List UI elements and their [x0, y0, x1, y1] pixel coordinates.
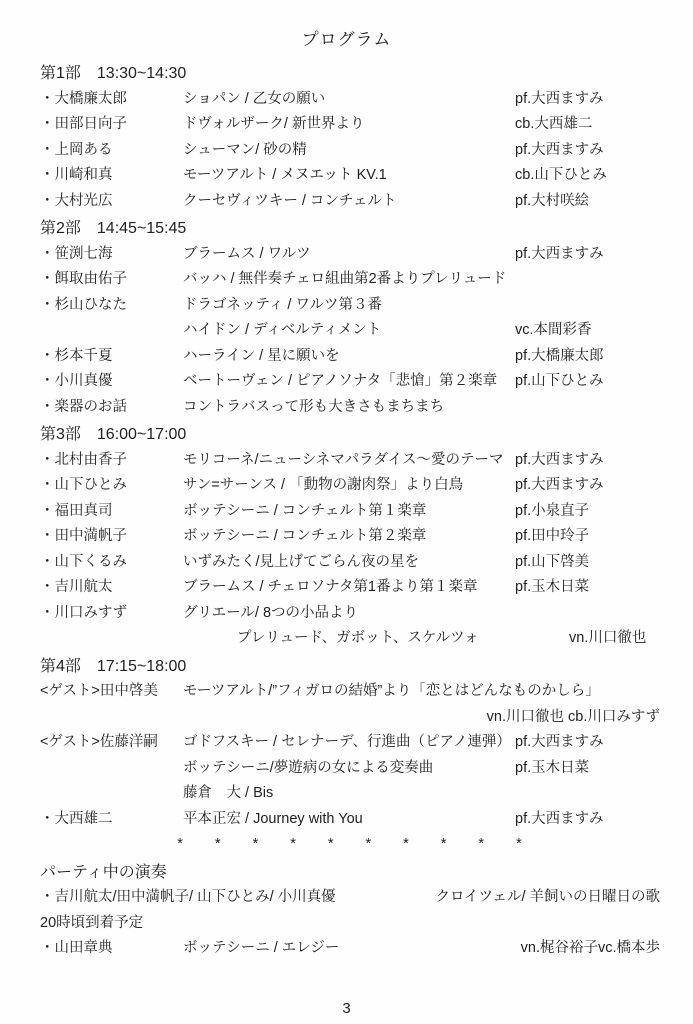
piece-title: ブラームス / チェロソナタ第1番より第１楽章 [183, 575, 515, 601]
piece-title: サン=サーンス / 「動物の謝肉祭」より白鳥 [183, 473, 515, 499]
program-row: ・餌取由佑子バッハ / 無伴奏チェロ組曲第2番よりプレリュード [40, 267, 660, 293]
program-row: ボッテシーニ/夢遊病の女による変奏曲pf.玉木日菜 [40, 756, 660, 782]
performer-name: ・小川真優 [40, 369, 183, 395]
program-row: ・山下くるみいずみたく/見上げてごらん夜の星をpf.山下啓美 [40, 550, 660, 576]
piece-title: ボッテシーニ/夢遊病の女による変奏曲 [183, 756, 515, 782]
performer-name: ・山田章典 [40, 936, 183, 962]
separator-asterisks: * * * * * * * * * * [40, 832, 660, 858]
performer-name: ・大橋廉太郎 [40, 87, 183, 113]
accompanist: pf.玉木日菜 [515, 756, 660, 782]
program-page: プログラム 第1部 13:30~14:30・大橋廉太郎ショパン / 乙女の願いp… [0, 0, 693, 1024]
performer-name: <ゲスト>佐藤洋嗣 [40, 730, 183, 756]
accompanist: pf.大西ますみ [515, 242, 660, 268]
piece-title: ベートーヴェン / ピアノソナタ「悲愴」第２楽章 [183, 369, 515, 395]
performer-name: <ゲスト>田中啓美 [40, 679, 183, 705]
program-row: ・田部日向子ドヴォルザーク/ 新世界よりcb.大西雄二 [40, 112, 660, 138]
program-row: ・大橋廉太郎ショパン / 乙女の願いpf.大西ますみ [40, 87, 660, 113]
piece-title: シューマン/ 砂の精 [183, 138, 515, 164]
accompanist: pf.田中玲子 [515, 524, 660, 550]
piece-title: ハーライン / 星に願いを [183, 344, 515, 370]
performer-name: 20時頃到着予定 [40, 911, 143, 937]
piece-title: ドヴォルザーク/ 新世界より [183, 112, 515, 138]
piece-title: ブラームス / ワルツ [183, 242, 515, 268]
accompanist: pf.大西ますみ [515, 473, 660, 499]
program-row: 20時頃到着予定 [40, 911, 660, 937]
accompanist: pf.大西ますみ [515, 730, 660, 756]
program-row: vn.川口徹也 cb.川口みすず [40, 705, 660, 731]
piece-title: モーツアルト / メヌエット KV.1 [183, 163, 515, 189]
accompanist: pf.大西ますみ [515, 138, 660, 164]
piece-title: プレリュード、ガボット、スケルツォ [183, 626, 569, 652]
program-row: ・福田真司ボッテシーニ / コンチェルト第１楽章pf.小泉直子 [40, 499, 660, 525]
performer-name: ・田部日向子 [40, 112, 183, 138]
performer-name: ・山下ひとみ [40, 473, 183, 499]
program-sections: 第1部 13:30~14:30・大橋廉太郎ショパン / 乙女の願いpf.大西ます… [0, 53, 693, 962]
program-row: ・川口みすずグリエール/ 8つの小品より [40, 601, 660, 627]
program-row: ・楽器のお話コントラバスって形も大きさもまちまち [40, 395, 660, 421]
piece-title: バッハ / 無伴奏チェロ組曲第2番よりプレリュード [183, 267, 515, 293]
accompanist: pf.大西ますみ [515, 807, 660, 833]
performer-name: ・杉山ひなた [40, 293, 183, 319]
program-row: ・吉川航太ブラームス / チェロソナタ第1番より第１楽章pf.玉木日菜 [40, 575, 660, 601]
piece-title: モーツアルト/”フィガロの結婚”より「恋とはどんなものかしら」 [183, 679, 600, 705]
piece-title: ショパン / 乙女の願い [183, 87, 515, 113]
program-row: <ゲスト>佐藤洋嗣ゴドフスキー / セレナーデ、行進曲（ピアノ連弾）pf.大西ま… [40, 730, 660, 756]
performer-name: ・川崎和真 [40, 163, 183, 189]
program-row: ・山田章典ボッテシーニ / エレジーvn.梶谷裕子vc.橋本歩 [40, 936, 660, 962]
accompanist: vn.梶谷裕子vc.橋本歩 [515, 936, 660, 962]
performer-name: ・山下くるみ [40, 550, 183, 576]
piece-title: ボッテシーニ / コンチェルト第１楽章 [183, 499, 515, 525]
piece-title: クロイツェル/ 羊飼いの日曜日の歌 [435, 885, 660, 911]
performer-name: ・田中満帆子 [40, 524, 183, 550]
piece-title: クーセヴィツキー / コンチェルト [183, 189, 515, 215]
performer-name: ・上岡ある [40, 138, 183, 164]
program-row: ・山下ひとみサン=サーンス / 「動物の謝肉祭」より白鳥pf.大西ますみ [40, 473, 660, 499]
piece-title: グリエール/ 8つの小品より [183, 601, 515, 627]
program-row: ハイドン / ディベルティメントvc.本間彩香 [40, 318, 660, 344]
accompanist: pf.小泉直子 [515, 499, 660, 525]
performer-name: ・大西雄二 [40, 807, 183, 833]
program-row: ・小川真優ベートーヴェン / ピアノソナタ「悲愴」第２楽章pf.山下ひとみ [40, 369, 660, 395]
accompanist: pf.大西ますみ [515, 448, 660, 474]
program-row: ・杉山ひなたドラゴネッティ / ワルツ第３番 [40, 293, 660, 319]
performer-name: ・大村光広 [40, 189, 183, 215]
accompanist: pf.玉木日菜 [515, 575, 660, 601]
page-title: プログラム [0, 0, 693, 53]
accompanist: pf.大橋廉太郎 [515, 344, 660, 370]
section-heading: パーティ中の演奏 [40, 860, 660, 886]
accompanist: cb.大西雄二 [515, 112, 660, 138]
piece-title: 藤倉 大 / Bis [183, 781, 515, 807]
accompanist: vn.川口徹也 [569, 626, 660, 652]
page-number: 3 [0, 1000, 693, 1018]
performer-name: ・笹渕七海 [40, 242, 183, 268]
piece-title: ハイドン / ディベルティメント [183, 318, 515, 344]
performer-name: ・餌取由佑子 [40, 267, 183, 293]
section-heading: 第2部 14:45~15:45 [40, 216, 660, 242]
program-row: ・川崎和真モーツアルト / メヌエット KV.1cb.山下ひとみ [40, 163, 660, 189]
accompanist: pf.大村咲絵 [515, 189, 660, 215]
program-row: プレリュード、ガボット、スケルツォvn.川口徹也 [40, 626, 660, 652]
accompanist: pf.山下ひとみ [515, 369, 660, 395]
program-row: <ゲスト>田中啓美モーツアルト/”フィガロの結婚”より「恋とはどんなものかしら」 [40, 679, 660, 705]
accompanist: pf.山下啓美 [515, 550, 660, 576]
program-row: ・吉川航太/田中満帆子/ 山下ひとみ/ 小川真優クロイツェル/ 羊飼いの日曜日の… [40, 885, 660, 911]
section-heading: 第3部 16:00~17:00 [40, 422, 660, 448]
accompanist: cb.山下ひとみ [515, 163, 660, 189]
piece-title: ボッテシーニ / コンチェルト第２楽章 [183, 524, 515, 550]
accompanist: vc.本間彩香 [515, 318, 660, 344]
piece-title: ドラゴネッティ / ワルツ第３番 [183, 293, 515, 319]
performer-name: ・川口みすず [40, 601, 183, 627]
program-row: ・大西雄二平本正宏 / Journey with Youpf.大西ますみ [40, 807, 660, 833]
performer-name: ・杉本千夏 [40, 344, 183, 370]
piece-title: ボッテシーニ / エレジー [183, 936, 515, 962]
piece-title: コントラバスって形も大きさもまちまち [183, 395, 515, 421]
performer-name: ・北村由香子 [40, 448, 183, 474]
piece-title: いずみたく/見上げてごらん夜の星を [183, 550, 515, 576]
accompanist: vn.川口徹也 cb.川口みすず [40, 705, 660, 731]
section-heading: 第1部 13:30~14:30 [40, 61, 660, 87]
piece-title: モリコーネ/ニューシネマパラダイス～愛のテーマ [183, 448, 515, 474]
program-row: ・笹渕七海ブラームス / ワルツpf.大西ますみ [40, 242, 660, 268]
accompanist: pf.大西ますみ [515, 87, 660, 113]
program-row: ・杉本千夏ハーライン / 星に願いをpf.大橋廉太郎 [40, 344, 660, 370]
section-heading: 第4部 17:15~18:00 [40, 654, 660, 680]
program-row: ・田中満帆子ボッテシーニ / コンチェルト第２楽章pf.田中玲子 [40, 524, 660, 550]
performer-name: ・吉川航太 [40, 575, 183, 601]
program-row: ・大村光広クーセヴィツキー / コンチェルトpf.大村咲絵 [40, 189, 660, 215]
program-row: ・上岡あるシューマン/ 砂の精pf.大西ますみ [40, 138, 660, 164]
program-row: 藤倉 大 / Bis [40, 781, 660, 807]
piece-title: ゴドフスキー / セレナーデ、行進曲（ピアノ連弾） [183, 730, 515, 756]
performer-name: ・楽器のお話 [40, 395, 183, 421]
performer-name: ・福田真司 [40, 499, 183, 525]
piece-title: 平本正宏 / Journey with You [183, 807, 515, 833]
program-row: ・北村由香子モリコーネ/ニューシネマパラダイス～愛のテーマpf.大西ますみ [40, 448, 660, 474]
performer-name: ・吉川航太/田中満帆子/ 山下ひとみ/ 小川真優 [40, 885, 336, 911]
